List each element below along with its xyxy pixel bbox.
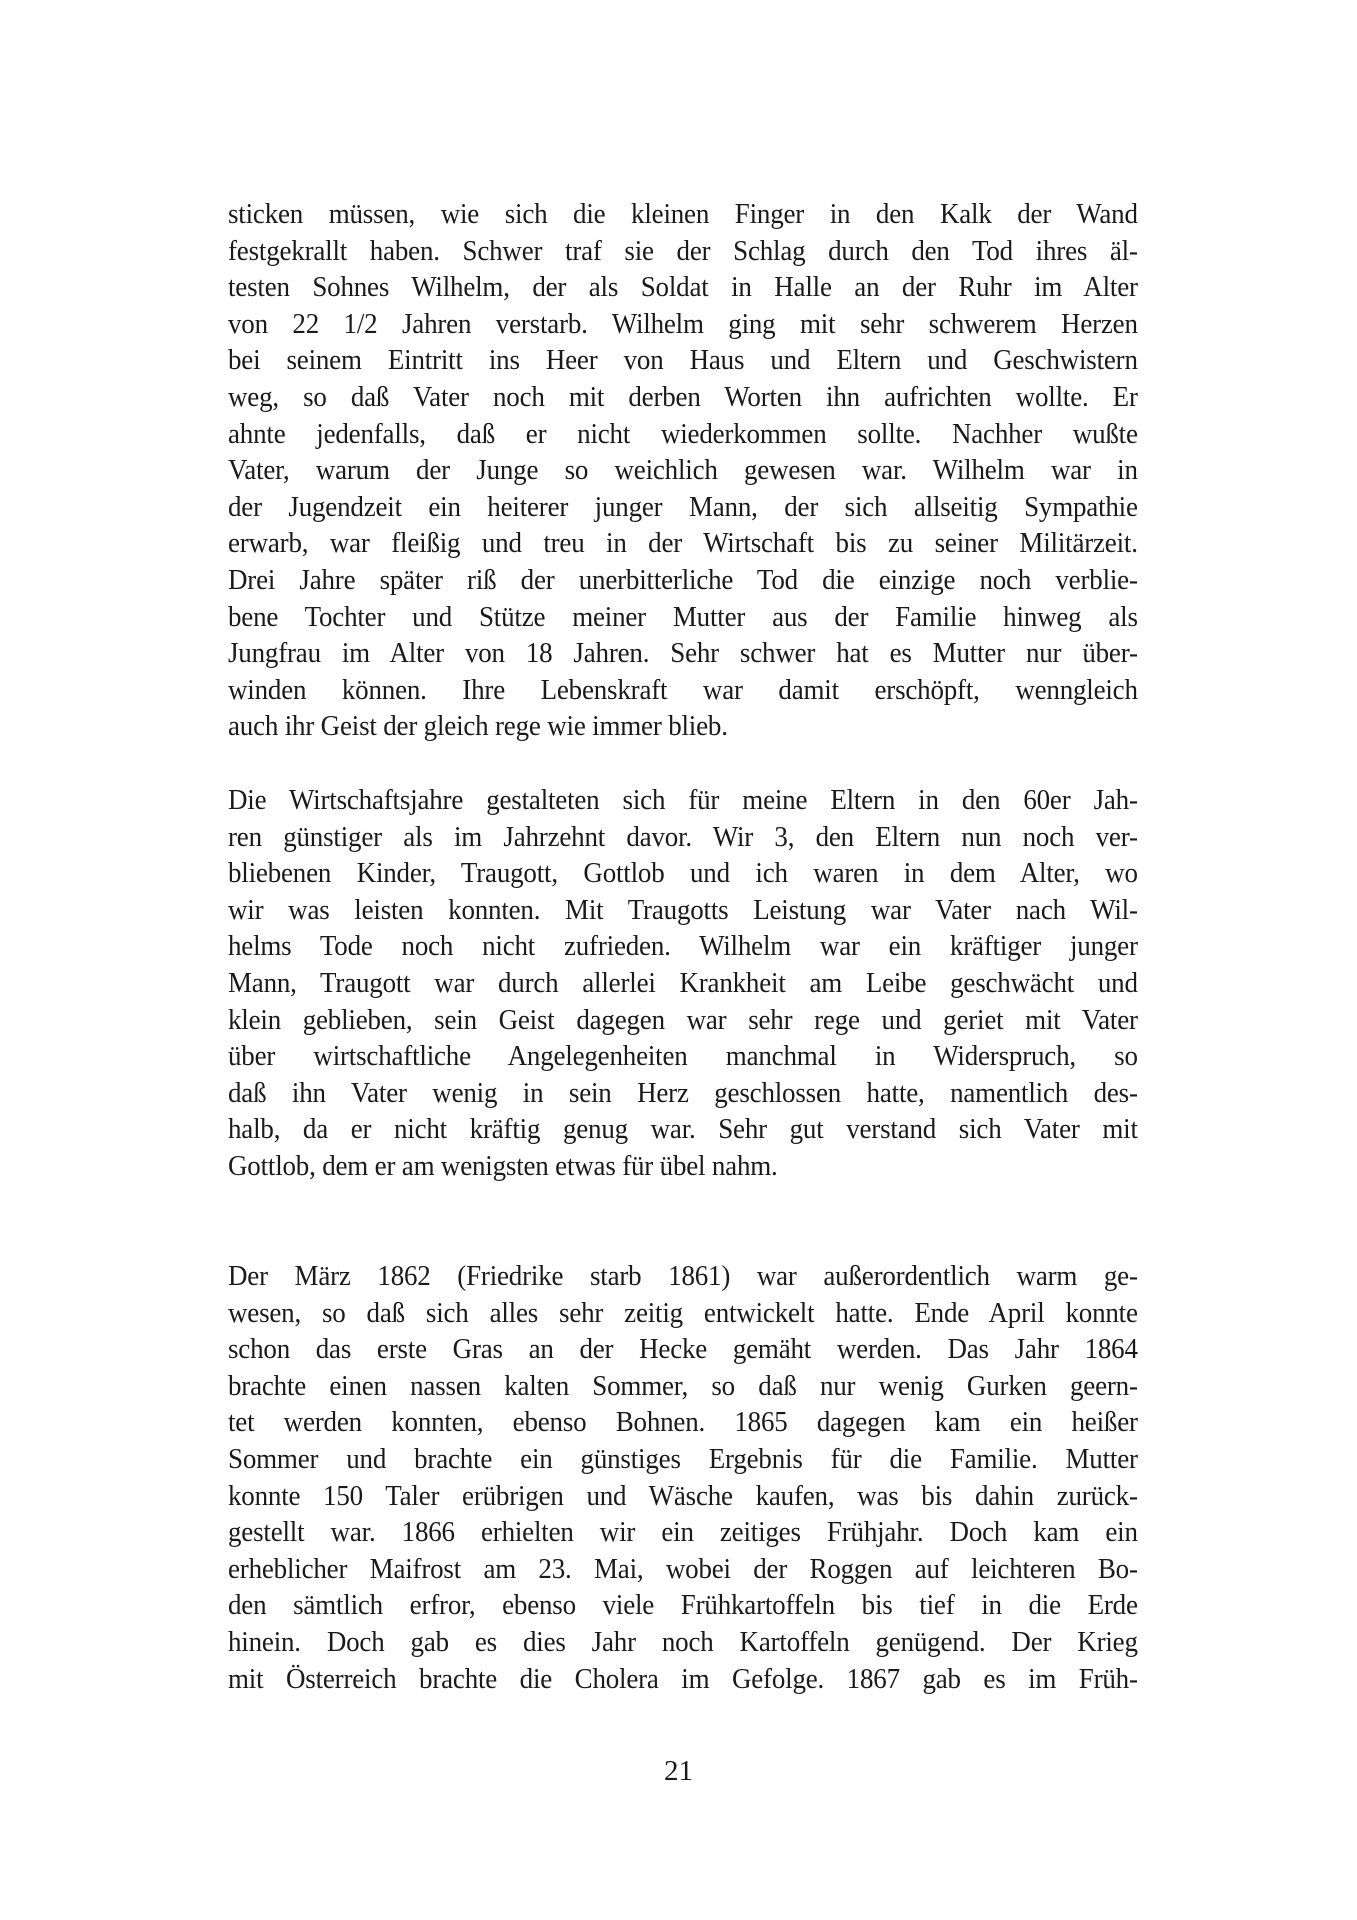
text-line: Vater, warum der Junge so weichlich gewe… [228,452,1138,489]
text-line: Drei Jahre später riß der unerbitterlich… [228,562,1138,599]
text-line: Sommer und brachte ein günstiges Ergebni… [228,1441,1138,1478]
text-line: bei seinem Eintritt ins Heer von Haus un… [228,342,1138,379]
text-line: erwarb, war fleißig und treu in der Wirt… [228,525,1138,562]
text-line: bene Tochter und Stütze meiner Mutter au… [228,599,1138,636]
paragraph-1: sticken müssen, wie sich die kleinen Fin… [228,196,1138,745]
text-line: tet werden konnten, ebenso Bohnen. 1865 … [228,1404,1138,1441]
paragraph-2: Die Wirtschaftsjahre gestalteten sich fü… [228,782,1138,1185]
text-line: konnte 150 Taler erübrigen und Wäsche ka… [228,1478,1138,1515]
text-line: weg, so daß Vater noch mit derben Worten… [228,379,1138,416]
text-line: mit Österreich brachte die Cholera im Ge… [228,1661,1138,1698]
text-line: den sämtlich erfror, ebenso viele Frühka… [228,1587,1138,1624]
text-line: wesen, so daß sich alles sehr zeitig ent… [228,1295,1138,1332]
text-line: testen Sohnes Wilhelm, der als Soldat in… [228,269,1138,306]
text-line: Jungfrau im Alter von 18 Jahren. Sehr sc… [228,635,1138,672]
text-line: erheblicher Maifrost am 23. Mai, wobei d… [228,1551,1138,1588]
text-line: Der März 1862 (Friedrike starb 1861) war… [228,1258,1138,1295]
document-page: sticken müssen, wie sich die kleinen Fin… [0,0,1357,1920]
text-line: schon das erste Gras an der Hecke gemäht… [228,1331,1138,1368]
paragraph-3: Der März 1862 (Friedrike starb 1861) war… [228,1258,1138,1697]
text-line: festgekrallt haben. Schwer traf sie der … [228,233,1138,270]
text-line: der Jugendzeit ein heiterer junger Mann,… [228,489,1138,526]
text-line: Mann, Traugott war durch allerlei Krankh… [228,965,1138,1002]
text-line: halb, da er nicht kräftig genug war. Seh… [228,1111,1138,1148]
text-line: daß ihn Vater wenig in sein Herz geschlo… [228,1075,1138,1112]
text-line: sticken müssen, wie sich die kleinen Fin… [228,196,1138,233]
text-line: ahnte jedenfalls, daß er nicht wiederkom… [228,416,1138,453]
text-line: über wirtschaftliche Angelegenheiten man… [228,1038,1138,1075]
text-line: Die Wirtschaftsjahre gestalteten sich fü… [228,782,1138,819]
text-line: wir was leisten konnten. Mit Traugotts L… [228,892,1138,929]
text-line: von 22 1/2 Jahren verstarb. Wilhelm ging… [228,306,1138,343]
text-line: klein geblieben, sein Geist dagegen war … [228,1002,1138,1039]
text-line: winden können. Ihre Lebenskraft war dami… [228,672,1138,709]
text-line: auch ihr Geist der gleich rege wie immer… [228,708,1138,745]
text-line: helms Tode noch nicht zufrieden. Wilhelm… [228,928,1138,965]
text-line: ren günstiger als im Jahrzehnt davor. Wi… [228,819,1138,856]
text-line: bliebenen Kinder, Traugott, Gottlob und … [228,855,1138,892]
text-line: hinein. Doch gab es dies Jahr noch Karto… [228,1624,1138,1661]
text-line: brachte einen nassen kalten Sommer, so d… [228,1368,1138,1405]
text-line: gestellt war. 1866 erhielten wir ein zei… [228,1514,1138,1551]
text-line: Gottlob, dem er am wenigsten etwas für ü… [228,1148,1138,1185]
page-number: 21 [0,1755,1357,1788]
